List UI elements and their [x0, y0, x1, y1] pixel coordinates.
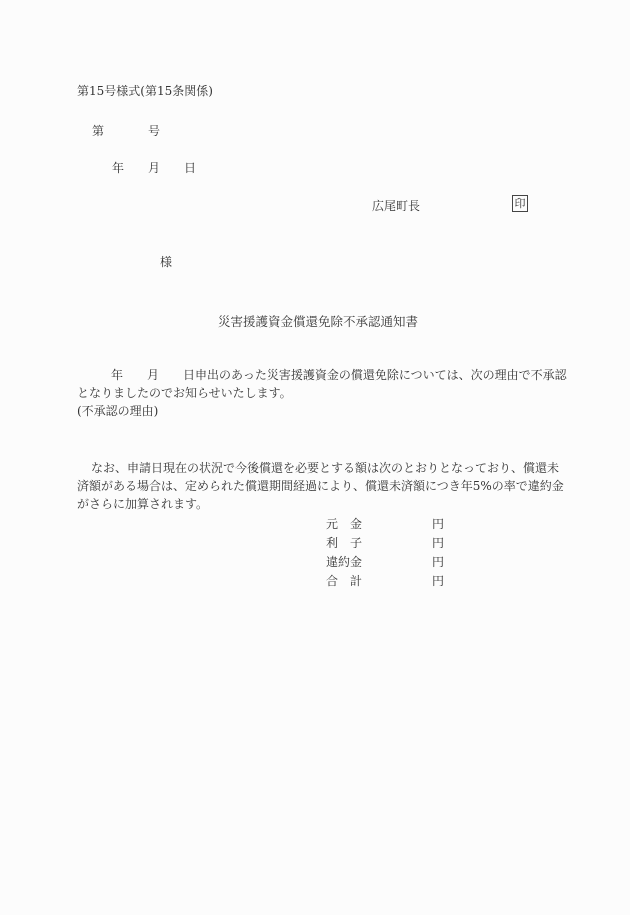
notice-paragraph: 年月日申出のあった災害援護資金の償還免除については、次の理由で不承認となりました… — [77, 366, 567, 402]
date-month: 月 — [148, 161, 160, 175]
number-suffix: 号 — [148, 124, 160, 138]
document-number-line: 第号 — [92, 122, 160, 140]
amount-unit: 円 — [432, 534, 452, 553]
amount-label: 元 金 — [326, 515, 432, 534]
amount-unit: 円 — [432, 572, 452, 591]
date-year: 年 — [112, 161, 124, 175]
amount-unit: 円 — [432, 553, 452, 572]
amount-unit: 円 — [432, 515, 452, 534]
amount-row-total: 合 計 円 — [326, 572, 452, 591]
reason-label: (不承認の理由) — [77, 402, 158, 420]
amount-row-principal: 元 金 円 — [326, 515, 452, 534]
seal-stamp-icon: 印 — [512, 195, 528, 212]
amount-label: 違約金 — [326, 553, 432, 572]
para-month: 月 — [147, 368, 159, 382]
document-title: 災害援護資金償還免除不承認通知書 — [218, 313, 418, 331]
amount-row-interest: 利 子 円 — [326, 534, 452, 553]
amount-row-penalty: 違約金 円 — [326, 553, 452, 572]
amount-label: 合 計 — [326, 572, 432, 591]
addressee-honorific: 様 — [160, 253, 172, 271]
number-prefix: 第 — [92, 124, 104, 138]
outstanding-paragraph: なお、申請日現在の状況で今後償還を必要とする額は次のとおりとなっており、償還未済… — [77, 459, 567, 513]
para2-body: なお、申請日現在の状況で今後償還を必要とする額は次のとおりとなっており、償還未済… — [77, 461, 564, 511]
amount-label: 利 子 — [326, 534, 432, 553]
issuer-name: 広尾町長 — [372, 197, 420, 215]
amount-table: 元 金 円 利 子 円 違約金 円 合 計 円 — [326, 515, 452, 591]
date-day: 日 — [184, 161, 196, 175]
form-label: 第15号様式(第15条関係) — [77, 82, 213, 100]
issue-date-line: 年月日 — [112, 159, 196, 177]
para-year: 年 — [111, 368, 123, 382]
